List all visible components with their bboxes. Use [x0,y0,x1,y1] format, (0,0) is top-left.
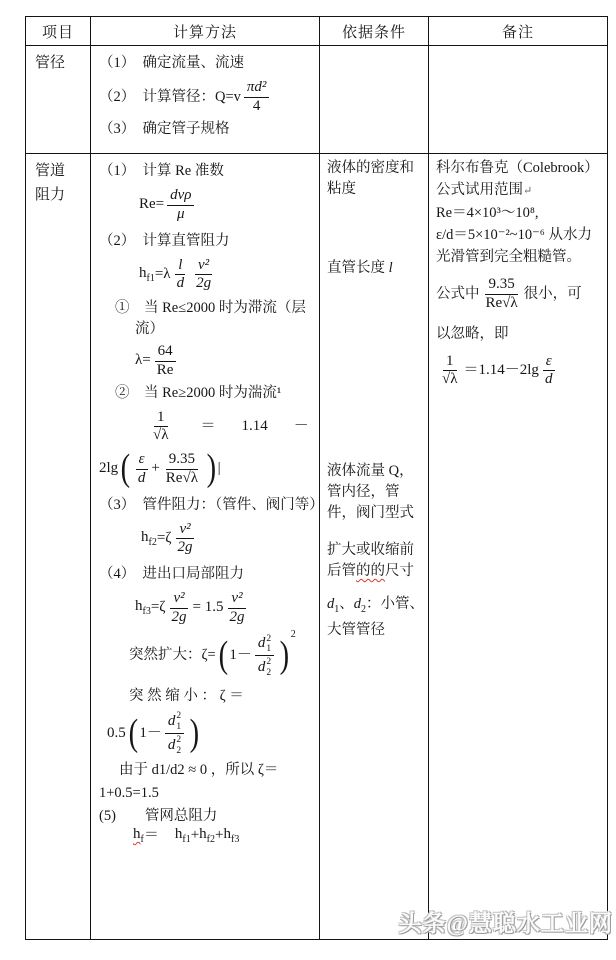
length-variable: l [389,260,393,276]
sudden-contraction-label: 突 然 缩 小 ： ζ ＝ [129,686,317,707]
note-roughness-range: ε/d＝5×10⁻²~10⁻⁶ 从水力光滑管到完全粗糙管。 [436,224,603,268]
note-small-term: 公式中 9.35 Re√λ 很小，可 [436,277,603,312]
close-paren: ) [190,719,199,749]
fraction-num: 9.35 [485,277,517,295]
fraction-num: d21 [255,634,274,657]
d1-base: d [168,714,176,730]
fraction-num: d21 [165,711,184,734]
total-eq: ＝ [144,828,159,844]
fraction-den: 2g [226,609,247,626]
d2-sup: 2 [176,735,181,745]
hf1-symbol: hf1 [139,266,155,285]
fraction-num: ε [543,354,555,372]
fraction-den: √λ [150,427,172,444]
fraction-den: √λ [439,371,461,388]
fraction-den: 4 [250,98,264,115]
row-resistance-note: 科尔布鲁克（Colebrook）公式试用范围↵ Re＝4×10³～10⁸, ε/… [429,154,607,939]
turb-value: 1.14 [242,419,268,435]
plus-sign: + [215,828,223,844]
fraction-num: 9.35 [166,452,198,470]
note-small-term-post: 很小，可 [524,284,582,305]
lambda-formula: λ= 64 Re [135,344,317,379]
diameter-step1: （1） 确定流量、流速 [99,53,317,74]
hf3-base: h [135,598,143,614]
term-sub: f3 [231,834,239,845]
hf2-formula: hf2 =ζ v² 2g [141,522,317,557]
resistance-step4: （4） 进出口局部阻力 [99,564,317,585]
basis-typo-squiggle: 的的 [356,563,385,579]
paragraph-return-mark: ↵ [523,185,532,197]
term-base: h [199,826,207,842]
header-cell-method: 计算方法 [91,17,320,46]
plus-sign: + [191,828,199,844]
row-diameter-item: 管径 [26,46,91,154]
row-diameter-basis-empty [320,46,429,154]
fraction-den: 2g [193,275,214,292]
laminar-case-line2: 流） [135,319,317,340]
fraction-935-resqrt: 9.35 Re√λ [163,452,201,487]
colebrook-prefix: 2lg [99,461,118,477]
term-base: h [223,826,231,842]
header-cell-item: 项目 [26,17,91,46]
diameter-step2-prefix: （2） 计算管径：Q=v [99,87,241,108]
hf3-eq: =ζ [151,600,166,616]
note-ignore-line: 以忽略，即 [436,324,603,345]
fraction-935-resqrt: 9.35 Re√λ [483,277,521,312]
d1-sup: 2 [266,634,271,644]
fraction-den: Re√λ [483,295,521,312]
hf2-term: hf2 [199,827,215,846]
d1-sup: 2 [176,711,181,721]
fraction-num: dvρ [167,188,194,206]
fraction-d1-d2: d21 d22 [165,711,184,756]
basis-d1-d2-definition: d1、d2：小管、大管管径 [327,594,424,641]
note-colebrook-range: 科尔布鲁克（Colebrook）公式试用范围↵ [436,157,603,202]
header-method-label: 计算方法 [173,21,237,42]
fraction-den: Re [154,362,177,379]
d2-variable: d [354,596,361,612]
hf2-base: h [141,529,149,545]
note-small-term-pre: 公式中 [436,284,480,305]
fraction-den: μ [174,206,188,223]
open-paren: ( [128,719,137,749]
contraction-coef: 0.5 [107,726,126,742]
d2-base: d [258,660,266,676]
header-cell-note: 备注 [429,17,607,46]
close-paren: ) [207,454,216,484]
d2-base: d [168,738,176,754]
hf3-term: hf3 [223,827,239,846]
calculation-table: 项目 计算方法 依据条件 备注 管径 （1） 确定流量、流速 （2） 计算管径：… [25,16,608,940]
hf3-mid: = 1.5 [193,600,224,616]
fraction-v2-2g: v² 2g [175,522,196,557]
resistance-step3: （3） 管件阻力：（管件、阀门等） [99,495,317,516]
fraction-1-sqrt-lambda: 1 √λ [439,354,461,389]
diameter-item-label: 管径 [35,55,65,71]
resistance-step5: (5) 管网总阻力 [99,806,317,827]
hf3-subscript: f3 [143,606,151,617]
row-diameter-method: （1） 确定流量、流速 （2） 计算管径：Q=v πd² 4 （3） 确定管子规… [91,46,320,154]
fraction-num: v² [195,258,212,276]
term-sub: f1 [182,834,190,845]
row-resistance-method: （1） 计算 Re 准数 Re= dvρ μ （2） 计算直管阻力 hf1 =λ… [91,154,320,939]
turbulent-formula-part1: 1 √λ ＝ 1.14 － [147,410,317,445]
fraction-num: πd² [244,80,270,98]
hf-base: h [133,826,141,842]
fraction-num: 64 [155,344,176,362]
term-sub: f2 [207,834,215,845]
fraction-eps-d: ε d [135,452,149,487]
expansion-label: 突然扩大：ζ= [129,645,216,666]
cursor-bar: | [218,461,221,477]
turb-minus: － [294,419,309,435]
d2-scripts: 22 [266,657,271,678]
resistance-step1: （1） 计算 Re 准数 [99,161,317,182]
re-formula: Re= dvρ μ [139,188,317,223]
fraction-1-sqrt-lambda: 1 √λ [150,410,172,445]
note-eq: ＝1.14－2lg [464,363,539,379]
hf1-base: h [139,265,147,281]
fraction-num: ε [136,452,148,470]
fraction-den: 2g [175,539,196,556]
hf1-eq: =λ [155,267,171,283]
header-note-label: 备注 [502,21,534,42]
d2-sup: 2 [266,657,271,667]
d2-sub: 2 [266,668,271,678]
note-colebrook-text: 科尔布鲁克（Colebrook）公式试用范围 [436,160,599,198]
turb-eq: ＝ [201,419,216,435]
basis-expansion-size: 扩大或收缩前后管的的尺寸 [327,540,424,582]
resistance-item-line1: 管道 [35,159,90,183]
d2-sub: 2 [176,746,181,756]
fraction-re: dvρ μ [167,188,194,223]
hf2-symbol: hf2 [141,530,157,549]
fraction-v2-2g: v² 2g [226,591,247,626]
re-lhs: Re= [139,197,164,213]
since-line1: 由于 d1/d2 ≈ 0 ，所以 ζ＝ [119,760,317,781]
row-diameter-note-empty [429,46,607,154]
row-resistance-basis: 液体的密度和粘度 直管长度 l 液体流量 Q，管内径，管件，阀门型式 扩大或收缩… [320,154,429,939]
fraction-v2-2g: v² 2g [193,258,214,293]
fraction-v2-2g: v² 2g [169,591,190,626]
outer-exponent: 2 [291,630,296,641]
open-paren: ( [218,641,227,671]
total-resistance-formula: hf ＝ hf1 + hf2 + hf3 [133,827,317,846]
basis-pipe-length-text: 直管长度 [327,260,389,276]
d1-scripts: 21 [266,634,271,655]
diameter-step2-formula: （2） 计算管径：Q=v πd² 4 [99,80,317,115]
hf1-term: hf1 [175,827,191,846]
fraction-num: v² [176,522,193,540]
d1-base: d [258,636,266,652]
fraction-64-re: 64 Re [154,344,177,379]
fraction-d1-d2: d21 d22 [255,634,274,679]
row-resistance-item: 管道 阻力 [26,154,91,939]
fraction-num: 1 [443,354,457,372]
watermark-toutiao: 头条@慧聪水工业网 [399,905,613,938]
hf1-subscript: f1 [147,273,155,284]
laminar-case-line1: ① 当 Re≤2000 时为滞流（层 [115,298,317,319]
turbulent-case: ② 当 Re≥2000 时为湍流¹ [115,383,317,404]
fraction-num: v² [228,591,245,609]
header-item-label: 项目 [42,21,74,42]
hf3-formula: hf3 =ζ v² 2g = 1.5 v² 2g [135,591,317,626]
fraction-pid2-4: πd² 4 [244,80,270,115]
open-paren: ( [121,454,130,484]
d1-sub: 1 [176,722,181,732]
fraction-den: Re√λ [163,470,201,487]
header-basis-label: 依据条件 [342,21,406,42]
fraction-den: d22 [165,734,184,756]
resistance-step2: （2） 计算直管阻力 [99,231,317,252]
fraction-den: d22 [255,656,274,678]
basis-flow-fittings: 液体流量 Q，管内径，管件，阀门型式 [327,461,424,524]
sudden-contraction-formula: 0.5 ( 1－ d21 d22 ) [107,711,317,756]
basis-pipe-length: 直管长度 l [327,258,424,279]
hf-total-symbol: hf [133,827,144,846]
fraction-den: 2g [169,609,190,626]
close-paren: ) [280,641,289,671]
separator: 、 [339,596,354,612]
fraction-num: 1 [154,410,168,428]
fraction-eps-d: ε d [542,354,556,389]
resistance-item-line2: 阻力 [35,183,90,207]
note-re-range: Re＝4×10³～10⁸, [436,202,603,224]
lambda-lhs: λ= [135,353,151,369]
fraction-den: d [135,470,149,487]
hf2-eq: =ζ [157,531,172,547]
contraction-one: 1－ [139,726,162,742]
hf1-formula: hf1 =λ l d v² 2g [139,258,317,293]
d1-scripts: 21 [176,711,181,732]
turbulent-formula-part2: 2lg ( ε d + 9.35 Re√λ ) | [99,452,317,487]
basis-expansion-post: 尺寸 [385,563,414,579]
fraction-l-d: l d [174,258,188,293]
expansion-one: 1－ [229,648,252,664]
header-cell-basis: 依据条件 [320,17,429,46]
d2-scripts: 22 [176,735,181,756]
note-simplified-formula: 1 √λ ＝1.14－2lg ε d [436,354,603,389]
plus-sign: + [151,461,159,477]
basis-density-viscosity: 液体的密度和粘度 [327,158,424,200]
hf2-subscript: f2 [149,537,157,548]
hf3-symbol: hf3 [135,599,151,618]
fraction-den: d [174,275,188,292]
fraction-num: v² [170,591,187,609]
sudden-expansion-formula: 突然扩大：ζ= ( 1－ d21 d22 ) 2 [129,634,317,679]
d1-sub: 1 [266,644,271,654]
diameter-step3: （3） 确定管子规格 [99,119,317,140]
fraction-den: d [542,371,556,388]
fraction-num: l [175,258,185,276]
since-line2: 1+0.5=1.5 [99,783,317,804]
